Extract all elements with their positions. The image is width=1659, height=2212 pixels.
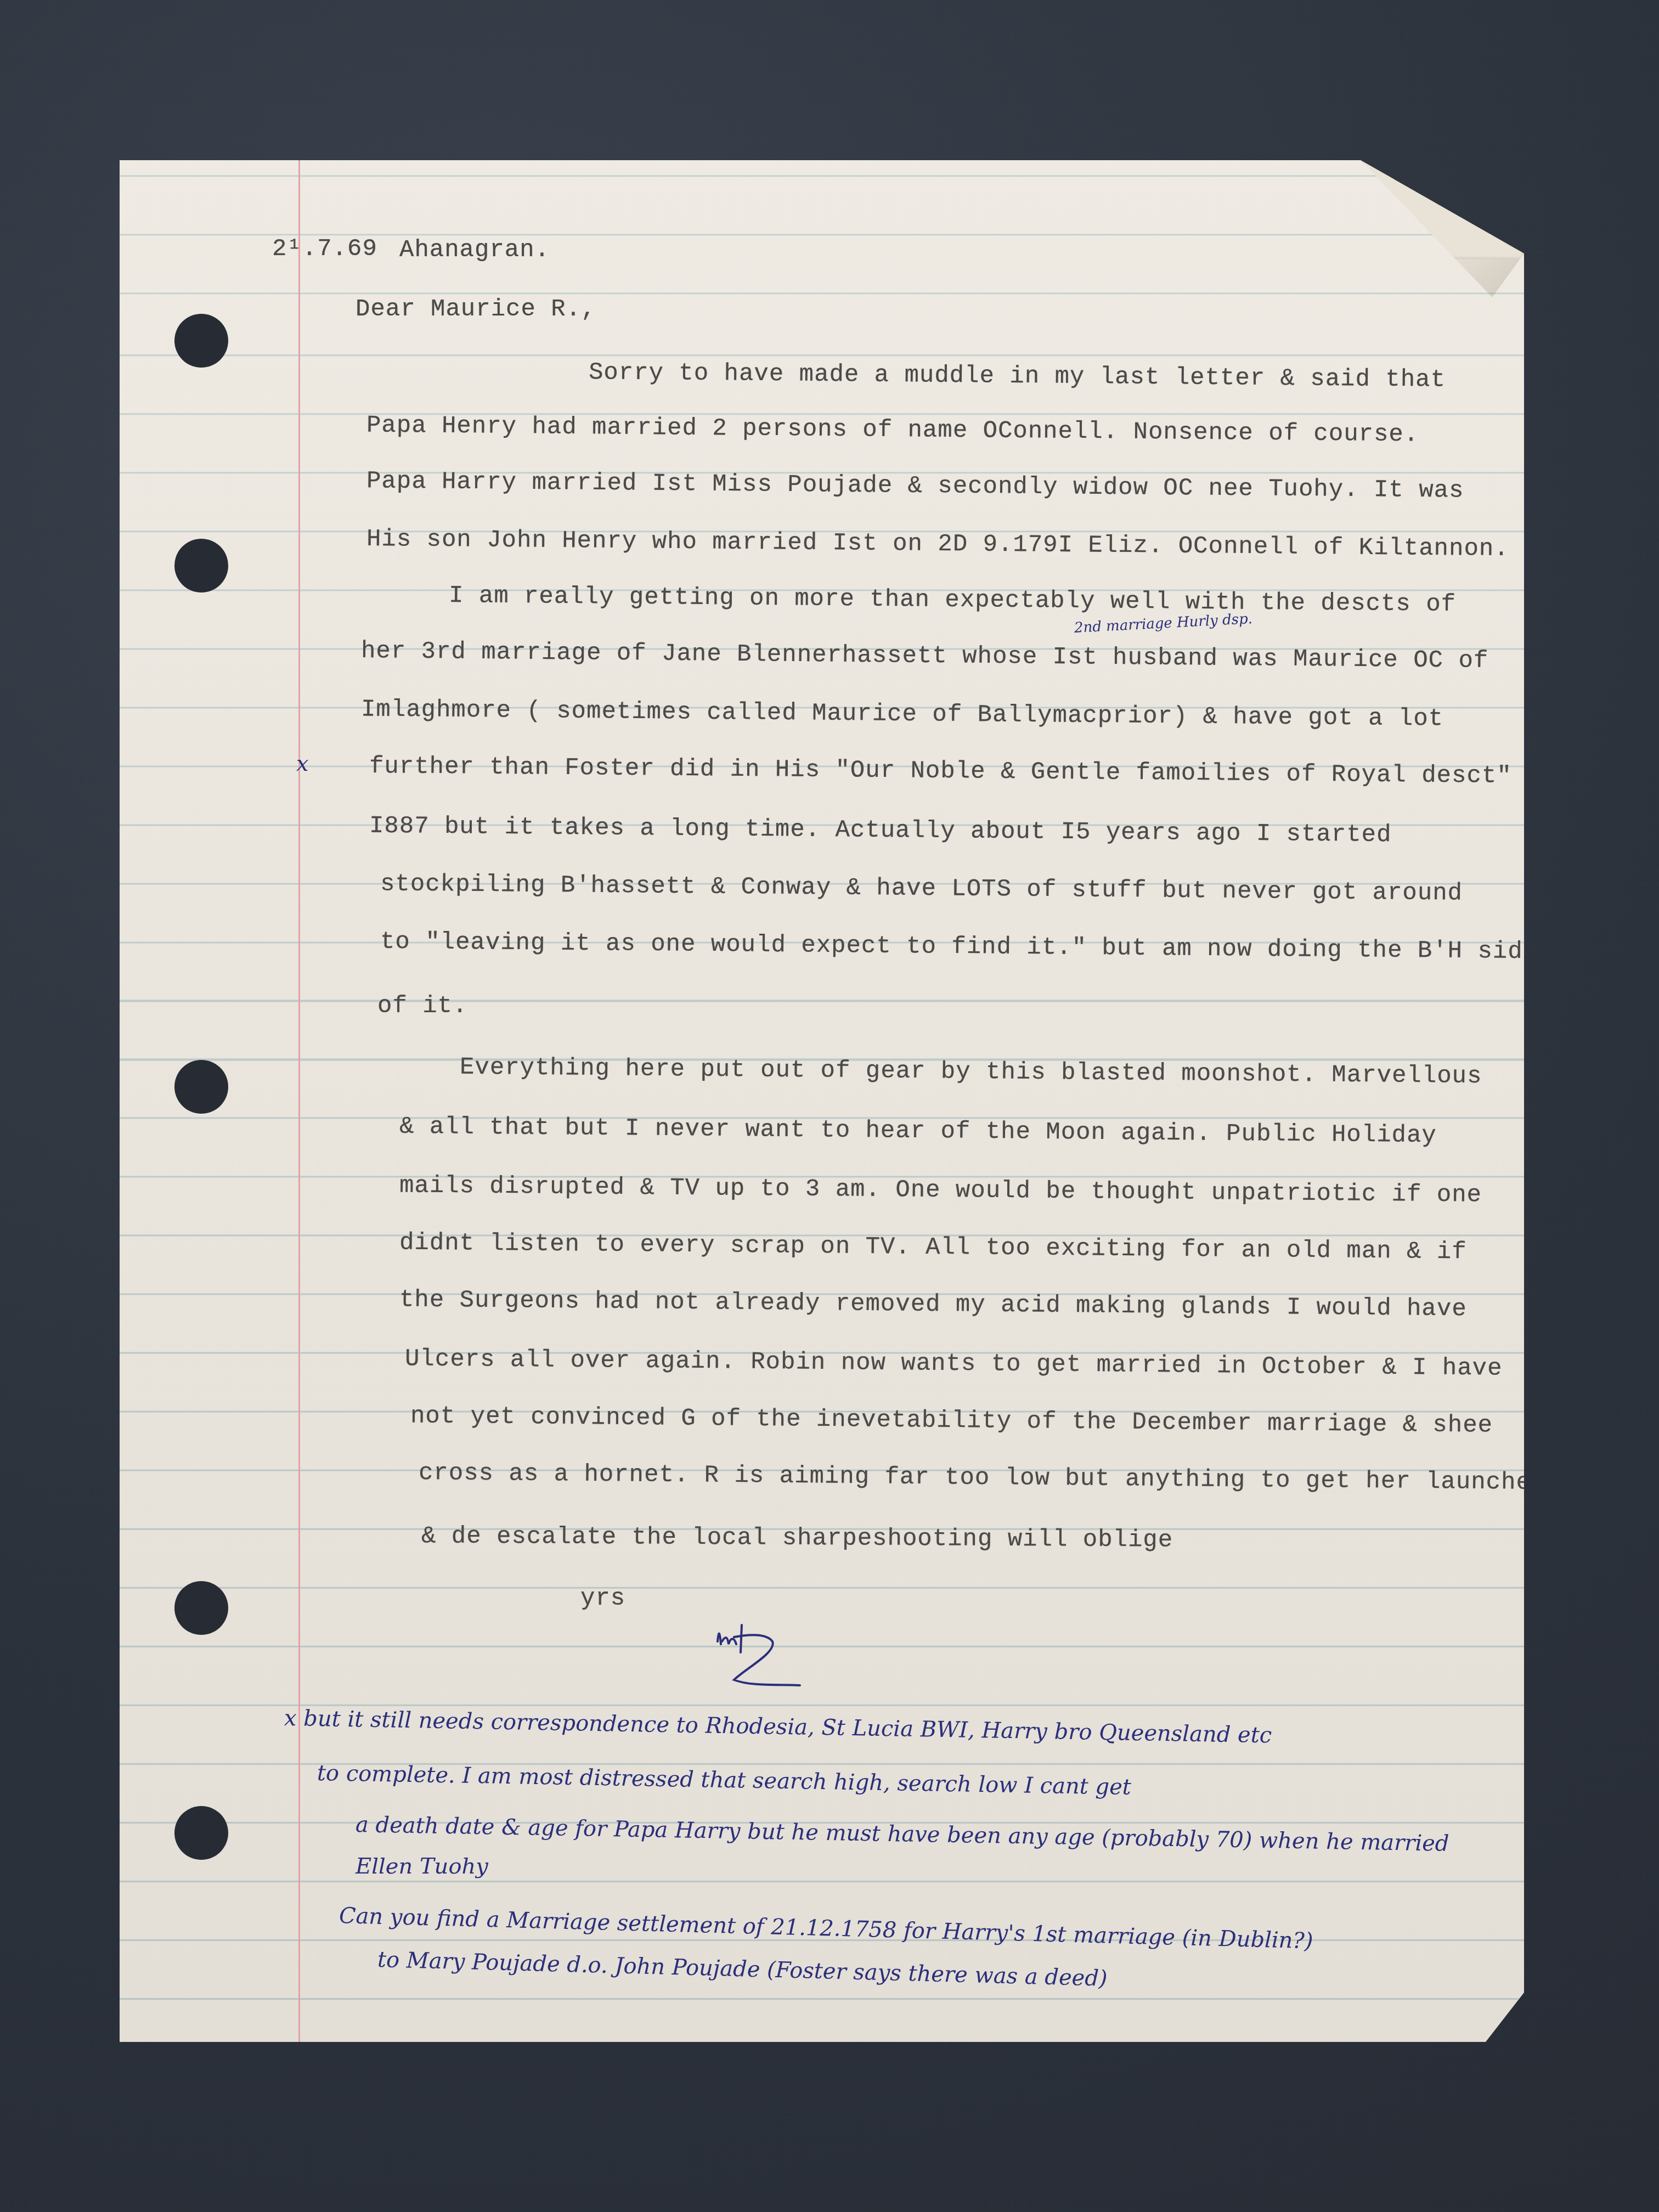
- body-line: Everything here put out of gear by this …: [460, 1056, 1482, 1088]
- postscript-line: Ellen Tuohy: [356, 1855, 488, 1877]
- punch-hole-2: [174, 539, 228, 592]
- body-line: Ulcers all over again. Robin now wants t…: [405, 1347, 1503, 1380]
- postscript-line: to Mary Poujade d.o. John Poujade (Foste…: [377, 1949, 1108, 1990]
- postscript-line: x but it still needs correspondence to R…: [284, 1707, 1272, 1746]
- body-line: of it.: [377, 994, 467, 1018]
- punch-hole-3: [174, 1060, 228, 1114]
- body-line: the Surgeons had not already removed my …: [399, 1288, 1467, 1322]
- postscript-line: a death date & age for Papa Harry but he…: [356, 1814, 1449, 1855]
- punch-hole-5: [174, 1806, 228, 1860]
- body-line: cross as a hornet. R is aiming far too l…: [419, 1461, 1547, 1495]
- body-line: her 3rd marriage of Jane Blennerhassett …: [361, 639, 1489, 673]
- body-line: Papa Harry married Ist Miss Poujade & se…: [366, 469, 1464, 503]
- signature: [712, 1620, 855, 1691]
- interlinear-annotation: 2nd marriage Hurly dsp.: [1074, 612, 1252, 635]
- closing: yrs: [580, 1587, 625, 1611]
- folded-corner: [1361, 160, 1524, 259]
- margin-rule: [298, 160, 300, 2042]
- body-line: didnt listen to every scrap on TV. All t…: [399, 1231, 1467, 1265]
- postscript-line: Can you find a Marriage settlement of 21…: [338, 1905, 1313, 1952]
- body-line: stockpiling B'hassett & Conway & have LO…: [380, 872, 1463, 905]
- body-line: further than Foster did in His "Our Nobl…: [369, 754, 1512, 788]
- body-line: Imlaghmore ( sometimes called Maurice of…: [361, 697, 1443, 731]
- body-line: I887 but it takes a long time. Actually …: [369, 814, 1392, 847]
- margin-mark: x: [296, 753, 309, 775]
- body-line: mails disrupted & TV up to 3 am. One wou…: [399, 1173, 1482, 1207]
- punch-hole-1: [174, 314, 228, 368]
- body-line: Sorry to have made a muddle in my last l…: [589, 360, 1446, 392]
- letter-date: 2¹.7.69: [272, 237, 377, 261]
- body-line: & de escalate the local sharpeshooting w…: [421, 1524, 1173, 1552]
- salutation: Dear Maurice R.,: [356, 297, 596, 321]
- body-line: His son John Henry who married Ist on 2D…: [366, 527, 1509, 561]
- letter-place: Ahanagran.: [399, 238, 550, 262]
- body-line: Papa Henry had married 2 persons of name…: [366, 414, 1419, 447]
- letter-paper: 2¹.7.69 Ahanagran. Dear Maurice R., Sorr…: [120, 160, 1524, 2042]
- punch-hole-4: [174, 1581, 228, 1635]
- postscript-line: to complete. I am most distressed that s…: [317, 1762, 1132, 1798]
- body-line: & all that but I never want to hear of t…: [399, 1115, 1437, 1148]
- body-line: not yet convinced G of the inevetability…: [410, 1404, 1493, 1437]
- body-line: to "leaving it as one would expect to fi…: [380, 930, 1538, 964]
- body-line: I am really getting on more than expecta…: [449, 584, 1456, 617]
